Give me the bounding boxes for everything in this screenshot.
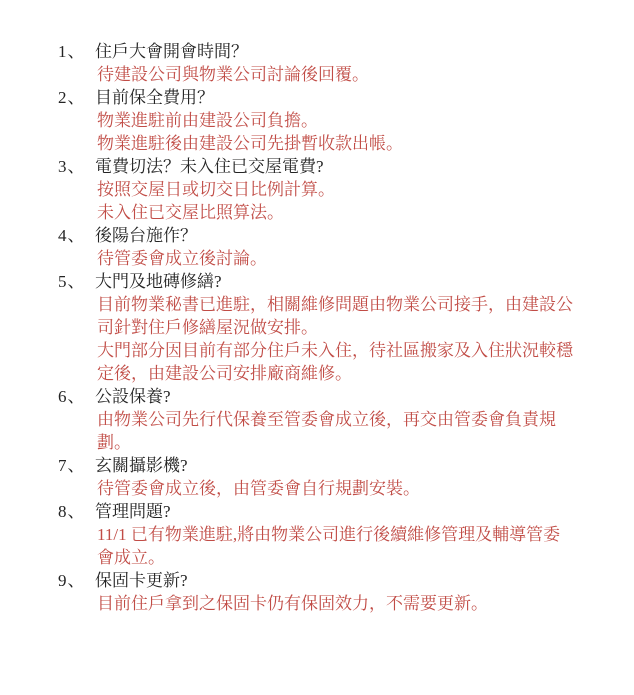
question-row: 8、 管理問題? bbox=[58, 500, 598, 523]
question-number: 1、 bbox=[58, 40, 95, 63]
question-number: 5、 bbox=[58, 270, 95, 293]
question-text: 住戶大會開會時間？ bbox=[95, 40, 598, 63]
question-row: 7、 玄關攝影機? bbox=[58, 454, 598, 477]
question-text: 保固卡更新? bbox=[95, 569, 598, 592]
answer-list: 由物業公司先行代保養至管委會成立後，再交由管委會負責規劃。 bbox=[97, 408, 598, 454]
answer-list: 待管委會成立後討論。 bbox=[97, 247, 598, 270]
question-text: 後陽台施作？ bbox=[95, 224, 598, 247]
question-row: 4、 後陽台施作？ bbox=[58, 224, 598, 247]
answer-text: 物業進駐後由建設公司先掛暫收款出帳。 bbox=[97, 132, 576, 155]
qa-item: 8、 管理問題? 11/1 已有物業進駐,將由物業公司進行後續維修管理及輔導管委… bbox=[58, 500, 598, 569]
question-row: 1、 住戶大會開會時間？ bbox=[58, 40, 598, 63]
answer-text: 大門部分因目前有部分住戶未入住，待社區搬家及入住狀況較穩定後，由建設公司安排廠商… bbox=[97, 339, 576, 385]
answer-list: 目前物業秘書已進駐，相關維修問題由物業公司接手，由建設公司針對住戶修繕屋況做安排… bbox=[97, 293, 598, 385]
qa-item: 7、 玄關攝影機? 待管委會成立後，由管委會自行規劃安裝。 bbox=[58, 454, 598, 500]
answer-list: 11/1 已有物業進駐,將由物業公司進行後續維修管理及輔導管委會成立。 bbox=[97, 523, 598, 569]
question-number: 7、 bbox=[58, 454, 95, 477]
qa-list: 1、 住戶大會開會時間？ 待建設公司與物業公司討論後回覆。 2、 目前保全費用？… bbox=[58, 40, 598, 615]
answer-text: 未入住已交屋比照算法。 bbox=[97, 201, 576, 224]
qa-item: 2、 目前保全費用？ 物業進駐前由建設公司負擔。物業進駐後由建設公司先掛暫收款出… bbox=[58, 86, 598, 155]
qa-item: 6、 公設保養? 由物業公司先行代保養至管委會成立後，再交由管委會負責規劃。 bbox=[58, 385, 598, 454]
answer-list: 待管委會成立後，由管委會自行規劃安裝。 bbox=[97, 477, 598, 500]
question-number: 3、 bbox=[58, 155, 95, 178]
question-number: 6、 bbox=[58, 385, 95, 408]
answer-text: 待建設公司與物業公司討論後回覆。 bbox=[97, 63, 576, 86]
qa-item: 1、 住戶大會開會時間？ 待建設公司與物業公司討論後回覆。 bbox=[58, 40, 598, 86]
answer-text: 待管委會成立後，由管委會自行規劃安裝。 bbox=[97, 477, 576, 500]
question-row: 3、 電費切法？未入住已交屋電費? bbox=[58, 155, 598, 178]
question-row: 9、 保固卡更新? bbox=[58, 569, 598, 592]
question-text: 公設保養? bbox=[95, 385, 598, 408]
answer-list: 物業進駐前由建設公司負擔。物業進駐後由建設公司先掛暫收款出帳。 bbox=[97, 109, 598, 155]
answer-text: 物業進駐前由建設公司負擔。 bbox=[97, 109, 576, 132]
answer-text: 11/1 已有物業進駐,將由物業公司進行後續維修管理及輔導管委會成立。 bbox=[97, 523, 576, 569]
question-text: 管理問題? bbox=[95, 500, 598, 523]
answer-text: 由物業公司先行代保養至管委會成立後，再交由管委會負責規劃。 bbox=[97, 408, 576, 454]
question-text: 玄關攝影機? bbox=[95, 454, 598, 477]
question-number: 2、 bbox=[58, 86, 95, 109]
answer-list: 目前住戶拿到之保固卡仍有保固效力，不需要更新。 bbox=[97, 592, 598, 615]
question-number: 9、 bbox=[58, 569, 95, 592]
qa-item: 9、 保固卡更新? 目前住戶拿到之保固卡仍有保固效力，不需要更新。 bbox=[58, 569, 598, 615]
answer-text: 目前物業秘書已進駐，相關維修問題由物業公司接手，由建設公司針對住戶修繕屋況做安排… bbox=[97, 293, 576, 339]
question-number: 8、 bbox=[58, 500, 95, 523]
answer-text: 按照交屋日或切交日比例計算。 bbox=[97, 178, 576, 201]
answer-text: 目前住戶拿到之保固卡仍有保固效力，不需要更新。 bbox=[97, 592, 576, 615]
qa-item: 5、 大門及地磚修繕? 目前物業秘書已進駐，相關維修問題由物業公司接手，由建設公… bbox=[58, 270, 598, 385]
answer-list: 按照交屋日或切交日比例計算。未入住已交屋比照算法。 bbox=[97, 178, 598, 224]
qa-item: 4、 後陽台施作？ 待管委會成立後討論。 bbox=[58, 224, 598, 270]
question-row: 6、 公設保養? bbox=[58, 385, 598, 408]
question-number: 4、 bbox=[58, 224, 95, 247]
question-text: 大門及地磚修繕? bbox=[95, 270, 598, 293]
question-row: 5、 大門及地磚修繕? bbox=[58, 270, 598, 293]
question-text: 目前保全費用？ bbox=[95, 86, 598, 109]
answer-text: 待管委會成立後討論。 bbox=[97, 247, 576, 270]
qa-item: 3、 電費切法？未入住已交屋電費? 按照交屋日或切交日比例計算。未入住已交屋比照… bbox=[58, 155, 598, 224]
answer-list: 待建設公司與物業公司討論後回覆。 bbox=[97, 63, 598, 86]
question-text: 電費切法？未入住已交屋電費? bbox=[95, 155, 598, 178]
question-row: 2、 目前保全費用？ bbox=[58, 86, 598, 109]
document-page: 1、 住戶大會開會時間？ 待建設公司與物業公司討論後回覆。 2、 目前保全費用？… bbox=[0, 0, 634, 695]
